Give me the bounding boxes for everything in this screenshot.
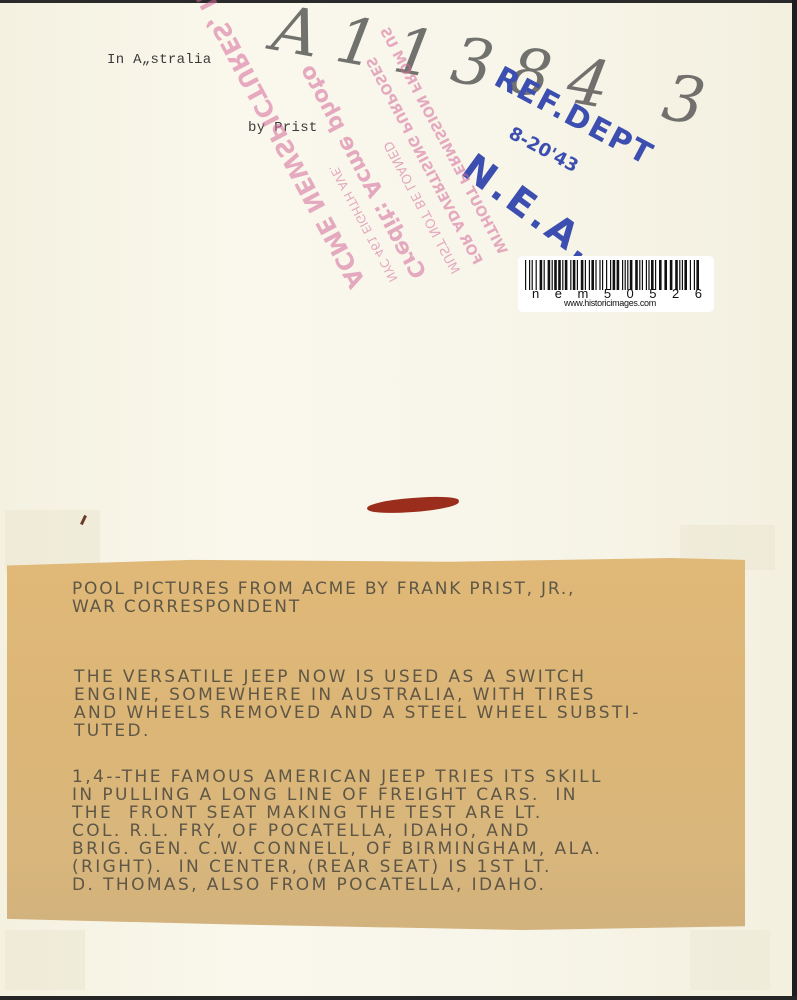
barcode-url: www.historicimages.com — [564, 298, 656, 308]
tape-piece — [690, 930, 770, 990]
barcode-char: e — [555, 286, 562, 301]
barcode-char: 2 — [672, 286, 679, 301]
caption-credit: POOL PICTURES FROM ACME BY FRANK PRIST, … — [72, 580, 575, 616]
top-edge — [0, 0, 797, 3]
tape-piece — [5, 930, 85, 990]
typed-title: In A„stralia — [107, 52, 211, 68]
caption-paragraph: THE VERSATILE JEEP NOW IS USED AS A SWIT… — [74, 668, 641, 740]
ref-dept-stamp: REF.DEPT 8-20'43 N.E.A. — [470, 45, 700, 245]
right-edge — [792, 0, 797, 1000]
barcode-label: nem50526 www.historicimages.com — [518, 256, 714, 312]
tape-piece — [5, 510, 100, 570]
barcode-char: 6 — [695, 286, 702, 301]
barcode-char: n — [532, 286, 539, 301]
caption-paragraph: 1,4--THE FAMOUS AMERICAN JEEP TRIES ITS … — [72, 768, 603, 894]
bottom-edge — [0, 996, 797, 1000]
